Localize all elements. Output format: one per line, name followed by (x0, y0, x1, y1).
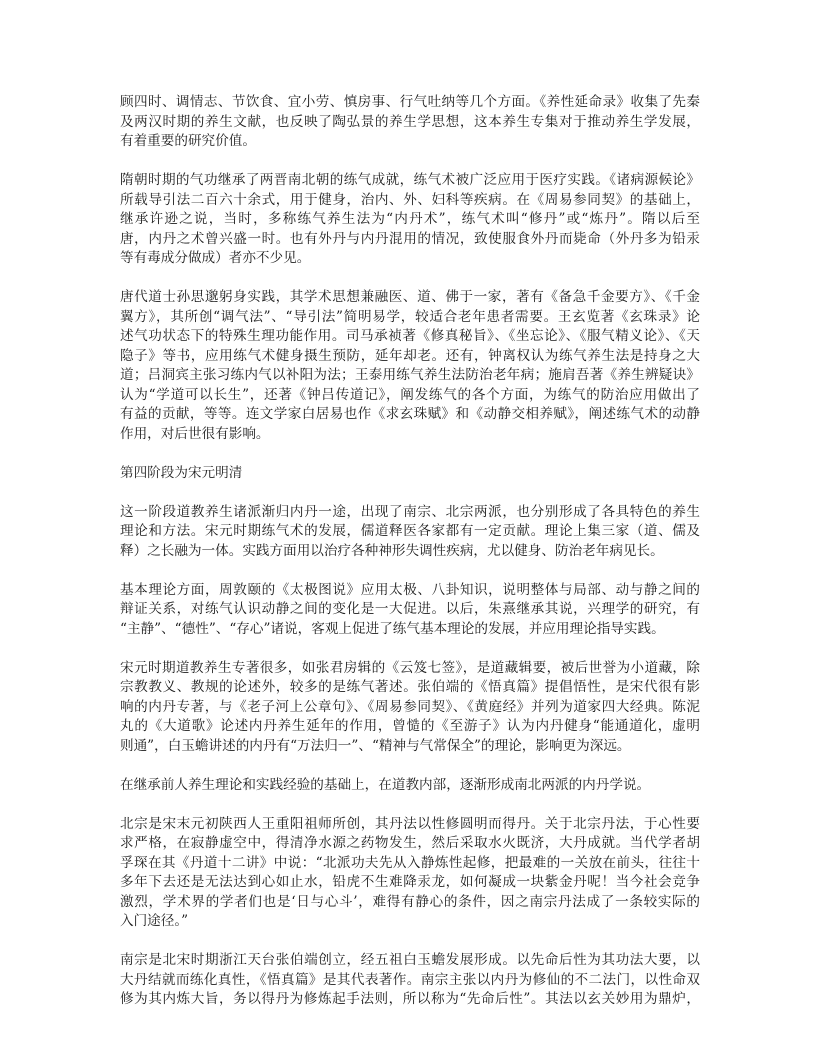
text-line: 隐子》等书，应用练气术健身摄生预防，延年却老。还有，钟离权认为练气养生法是持身之… (120, 347, 700, 367)
text-line: 孚琛在其《丹道十二讲》中说：“北派功夫先从入静炼性起修，把最难的一关放在前头，往… (120, 854, 700, 874)
paragraph-p6: 基本理论方面，周敦颐的《太极图说》应用太极、八卦知识，说明整体与局部、动与静之间… (120, 581, 700, 640)
text-line: 则通”，白玉蟾讲述的内丹有“万法归一”、“精神与气常保全”的理论，影响更为深远。 (120, 737, 700, 757)
text-line: 所载导引法二百六十余式，用于健身，治内、外、妇科等疾病。在《周易参同契》的基础上… (120, 191, 700, 211)
text-line: 有益的贡献，等等。连文学家白居易也作《求玄珠赋》和《动静交相养赋》，阐述练气术的… (120, 405, 700, 425)
paragraph-p2: 隋朝时期的气功继承了两晋南北朝的练气成就，练气术被广泛应用于医疗实践。《诸病源候… (120, 171, 700, 269)
text-line: 继承许逊之说，当时，多称练气养生法为“内丹术”，练气术叫“修丹”或“炼丹”。隋以… (120, 210, 700, 230)
text-line: 基本理论方面，周敦颐的《太极图说》应用太极、八卦知识，说明整体与局部、动与静之间… (120, 581, 700, 601)
text-line: 等有毒成分做成）者亦不少见。 (120, 249, 700, 269)
text-line: 唐代道士孙思邈躬身实践，其学术思想兼融医、道、佛于一家，著有《备急千金要方》、《… (120, 288, 700, 308)
text-line: 这一阶段道教养生诸派渐归内丹一途，出现了南宗、北宗两派，也分别形成了各具特色的养… (120, 503, 700, 523)
text-line: 隋朝时期的气功继承了两晋南北朝的练气成就，练气术被广泛应用于医疗实践。《诸病源候… (120, 171, 700, 191)
paragraph-p7: 宋元时期道教养生专著很多，如张君房辑的《云笈七签》，是道藏辑要，被后世誉为小道藏… (120, 659, 700, 757)
text-line: 释）之长融为一体。实践方面用以治疗各种神形失调性疾病，尤以健身、防治老年病见长。 (120, 542, 700, 562)
text-line: 响的内丹专著，与《老子河上公章句》、《周易参同契》、《黄庭经》并列为道家四大经典… (120, 698, 700, 718)
text-line: 有着重要的研究价值。 (120, 132, 700, 152)
text-line: 入门途径。” (120, 912, 700, 932)
text-line: 辩证关系，对练气认识动静之间的变化是一大促进。以后，朱熹继承其说，兴理学的研究，… (120, 600, 700, 620)
text-line: 理论和方法。宋元时期练气术的发展，儒道释医各家都有一定贡献。理论上集三家（道、儒… (120, 522, 700, 542)
document-body: 顾四时、调情志、节饮食、宜小劳、慎房事、行气吐纳等几个方面。《养性延命录》收集了… (120, 93, 700, 1029)
section-heading-stage4: 第四阶段为宋元明清 (120, 464, 700, 484)
paragraph-p5: 这一阶段道教养生诸派渐归内丹一途，出现了南宗、北宗两派，也分别形成了各具特色的养… (120, 503, 700, 562)
text-line: 南宗是北宋时期浙江天台张伯端创立，经五祖白玉蟾发展形成。以先命后性为其功法大要，… (120, 951, 700, 971)
text-line: “主静”、“德性”、“存心”诸说，客观上促进了练气基本理论的发展，并应用理论指导… (120, 620, 700, 640)
paragraph-p3: 唐代道士孙思邈躬身实践，其学术思想兼融医、道、佛于一家，著有《备急千金要方》、《… (120, 288, 700, 444)
text-line: 宗教教义、教规的论述外，较多的是练气著述。张伯端的《悟真篇》提倡悟性，是宋代很有… (120, 678, 700, 698)
text-line: 丸的《大道歌》论述内丹养生延年的作用，曾慥的《至游子》认为内丹健身“能通道化，虚… (120, 717, 700, 737)
text-line: 在继承前人养生理论和实践经验的基础上，在道教内部，逐渐形成南北两派的内丹学说。 (120, 776, 700, 796)
heading-text: 第四阶段为宋元明清 (120, 464, 700, 484)
text-line: 北宗是宋末元初陕西人王重阳祖师所创，其丹法以性修圆明而得丹。关于北宗丹法，于心性… (120, 815, 700, 835)
text-line: 激烈，学术界的学者们也是‘日与心斗’，难得有静心的条件，因之南宗丹法成了一条较实… (120, 893, 700, 913)
text-line: 修为其内炼大旨，务以得丹为修炼起手法则，所以称为“先命后性”。其法以玄关妙用为鼎… (120, 990, 700, 1010)
text-line: 大丹结就而练化真性，《悟真篇》是其代表著作。南宗主张以内丹为修仙的不二法门，以性… (120, 971, 700, 991)
document-page: 顾四时、调情志、节饮食、宜小劳、慎房事、行气吐纳等几个方面。《养性延命录》收集了… (0, 0, 816, 1056)
text-line: 翼方》，其所创“调气法”、“导引法”简明易学，较适合老年患者需要。王玄览著《玄珠… (120, 308, 700, 328)
text-line: 认为“学道可以长生”，还著《钟吕传道记》，阐发练气的各个方面，为练气的防治应用做… (120, 386, 700, 406)
text-line: 顾四时、调情志、节饮食、宜小劳、慎房事、行气吐纳等几个方面。《养性延命录》收集了… (120, 93, 700, 113)
text-line: 求严格，在寂静虚空中，得清净水源之药物发生，然后采取水火既济，大丹成就。当代学者… (120, 834, 700, 854)
paragraph-p10: 南宗是北宋时期浙江天台张伯端创立，经五祖白玉蟾发展形成。以先命后性为其功法大要，… (120, 951, 700, 1010)
paragraph-p8: 在继承前人养生理论和实践经验的基础上，在道教内部，逐渐形成南北两派的内丹学说。 (120, 776, 700, 796)
paragraph-p9: 北宗是宋末元初陕西人王重阳祖师所创，其丹法以性修圆明而得丹。关于北宗丹法，于心性… (120, 815, 700, 932)
text-line: 述气功状态下的特殊生理功能作用。司马承祯著《修真秘旨》、《坐忘论》、《服气精义论… (120, 327, 700, 347)
text-line: 宋元时期道教养生专著很多，如张君房辑的《云笈七签》，是道藏辑要，被后世誉为小道藏… (120, 659, 700, 679)
text-line: 唐，内丹之术曾兴盛一时。也有外丹与内丹混用的情况，致使服食外丹而毙命（外丹多为铅… (120, 230, 700, 250)
text-line: 多年下去还是无法达到心如止水，铅虎不生难降汞龙，如何凝成一块紫金丹呢！当今社会竞… (120, 873, 700, 893)
paragraph-p1: 顾四时、调情志、节饮食、宜小劳、慎房事、行气吐纳等几个方面。《养性延命录》收集了… (120, 93, 700, 152)
text-line: 道；吕洞宾主张习练内气以补阳为法；王泰用练气养生法防治老年病；施肩吾著《养生辨疑… (120, 366, 700, 386)
text-line: 及两汉时期的养生文献，也反映了陶弘景的养生学思想，这本养生专集对于推动养生学发展… (120, 113, 700, 133)
text-line: 作用，对后世很有影响。 (120, 425, 700, 445)
